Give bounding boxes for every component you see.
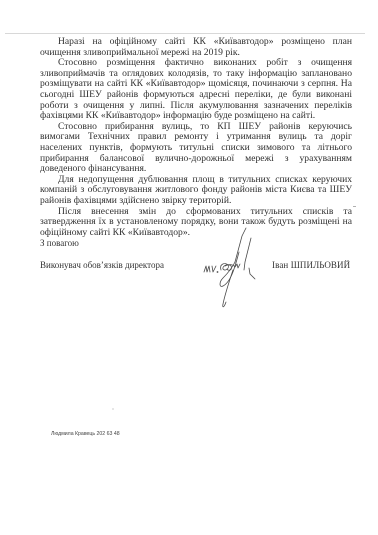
closing-salutation: З повагою [40,238,79,248]
document-page: Наразі на офіційному сайті КК «Київавтод… [0,0,378,535]
signature-icon [195,222,275,312]
executor-contact: Людмила Кравець 202 63 48 [51,431,120,437]
signatory-position: Виконувач обов’язків директора [40,260,164,270]
paragraph-street-cleaning: Стосовно прибирання вулиць, то КП ШЕУ ра… [40,122,352,175]
scan-edge-line [5,33,365,34]
signatory-name: Іван ШПИЛЬОВИЙ [272,260,350,270]
paragraph-drain-cleaning: Стосовно розміщення фактично виконаних р… [40,58,352,122]
scan-mark [353,206,356,207]
paragraph-area-reconciliation: Для недопущення дублювання площ в титуль… [40,175,352,207]
letter-body: Наразі на офіційному сайті КК «Київавтод… [40,37,352,238]
paragraph-website-plan: Наразі на офіційному сайті КК «Київавтод… [40,37,352,58]
scan-speck [112,408,114,410]
